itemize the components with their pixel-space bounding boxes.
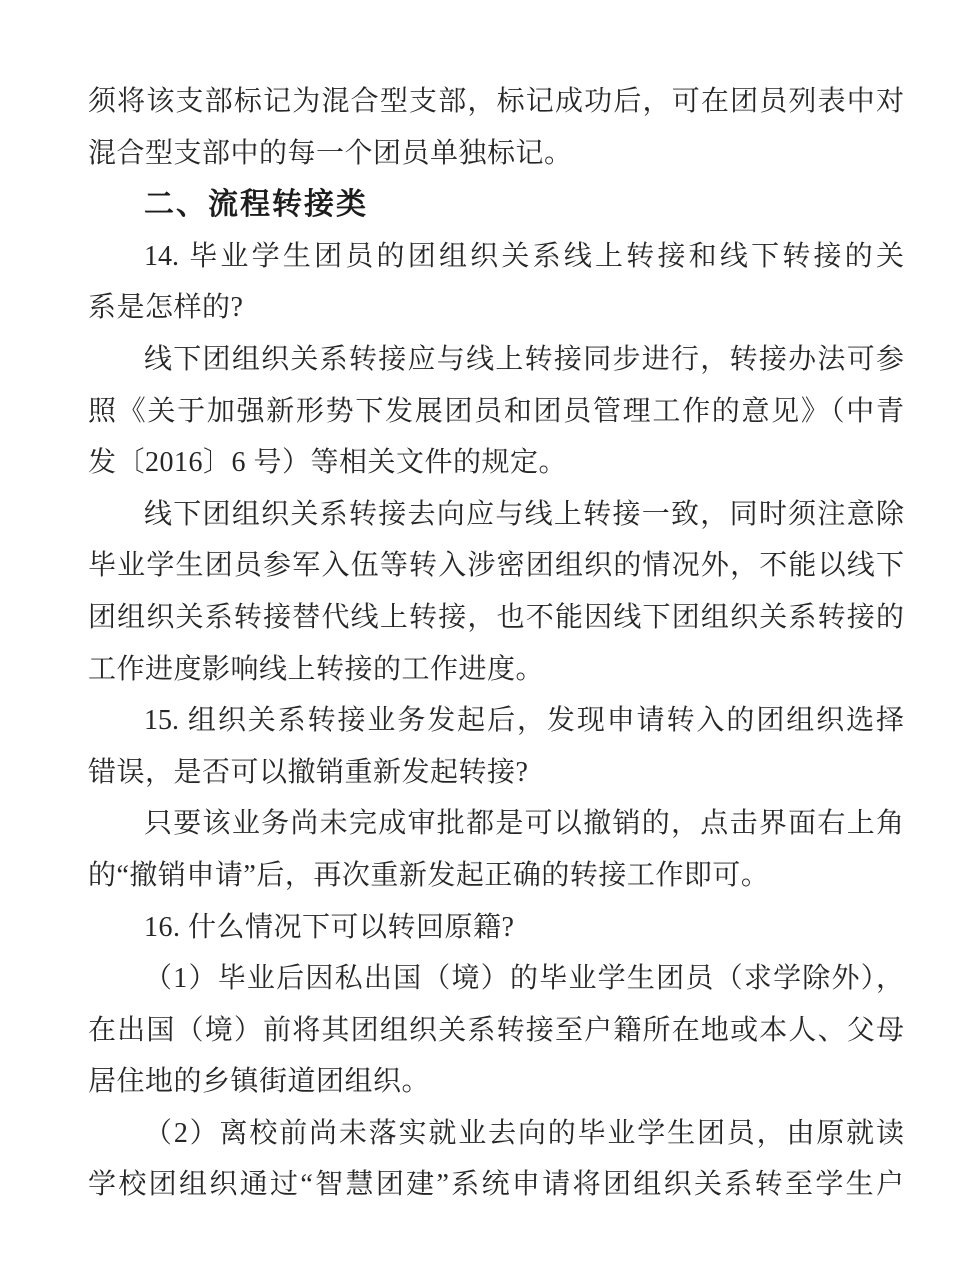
- question-line: 14. 毕业学生团员的团组织关系线上转接和线下转接的关: [88, 231, 904, 283]
- text-line: 线下团组织关系转接去向应与线上转接一致，同时须注意除: [88, 489, 904, 541]
- document-body: 须将该支部标记为混合型支部，标记成功后，可在团员列表中对 混合型支部中的每一个团…: [88, 0, 904, 1211]
- section-heading: 二、流程转接类: [88, 179, 904, 231]
- question-line: 系是怎样的?: [88, 282, 904, 334]
- question-line: 15. 组织关系转接业务发起后，发现申请转入的团组织选择: [88, 695, 904, 747]
- question-line: 16. 什么情况下可以转回原籍?: [88, 902, 904, 954]
- text-line: 工作进度影响线上转接的工作进度。: [88, 644, 904, 696]
- text-line: 线下团组织关系转接应与线上转接同步进行，转接办法可参: [88, 334, 904, 386]
- text-line: 的“撤销申请”后，再次重新发起正确的转接工作即可。: [88, 850, 904, 902]
- text-line: 照《关于加强新形势下发展团员和团员管理工作的意见》（中青: [88, 386, 904, 438]
- text-line: （1）毕业后因私出国（境）的毕业学生团员（求学除外），: [88, 953, 904, 1005]
- text-line: 学校团组织通过“智慧团建”系统申请将团组织关系转至学生户: [88, 1159, 904, 1211]
- text-line: 须将该支部标记为混合型支部，标记成功后，可在团员列表中对: [88, 76, 904, 128]
- text-line: 混合型支部中的每一个团员单独标记。: [88, 128, 904, 180]
- question-line: 错误，是否可以撤销重新发起转接?: [88, 747, 904, 799]
- text-line: 只要该业务尚未完成审批都是可以撤销的，点击界面右上角: [88, 798, 904, 850]
- text-line: 居住地的乡镇街道团组织。: [88, 1056, 904, 1108]
- text-line: 团组织关系转接替代线上转接，也不能因线下团组织关系转接的: [88, 592, 904, 644]
- text-line: 在出国（境）前将其团组织关系转接至户籍所在地或本人、父母: [88, 1005, 904, 1057]
- text-line: （2）离校前尚未落实就业去向的毕业学生团员，由原就读: [88, 1108, 904, 1160]
- text-line: 发〔2016〕6 号）等相关文件的规定。: [88, 437, 904, 489]
- document-page: { "page": { "background": "#ffffff", "in…: [0, 0, 965, 1286]
- text-line: 毕业学生团员参军入伍等转入涉密团组织的情况外，不能以线下: [88, 540, 904, 592]
